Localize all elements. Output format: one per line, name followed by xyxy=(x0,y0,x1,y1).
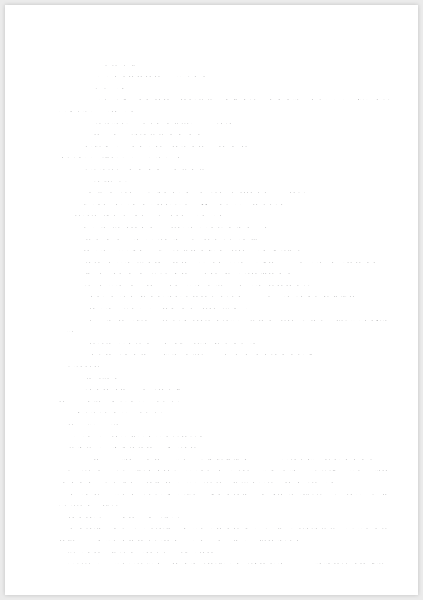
text-line: 13、（任凭）风急浪大，水兵们（都）能安全行驶。 xyxy=(35,332,392,344)
document-text-body: 9、 寂静喧哗 8、 叽叽喳喳扑扑棱棱 羽毛未丰 7、 恋恋不舍 6、 天真可爱… xyxy=(5,5,418,564)
text-line: 漫天卷地：指遍布天地之间。铺天盖地。 xyxy=(35,541,392,553)
text-line: 1、 乌塔（一边） 和我打招呼，（一边）麻利地穿好 T恤衫。 xyxy=(35,182,392,194)
text-line: 6、（如果）不是我们人类，这些海龟根本（就）不会受到伤害。 xyxy=(35,240,392,252)
text-line: 吵吵嚷嚷，声音嘈杂，就像煮开了风平浪静：指没有风浪，比喻平静无事。 xyxy=(35,471,392,483)
text-line: 人山人海：人群如山似海。形容人聚集得非常多。 昂首东望：抬起头来向东望。 xyxy=(35,448,392,460)
text-line: 的样子，后形容事物的广阔壮大，飞奔而来：像飞一样的跑过来。 xyxy=(35,529,392,541)
text-line: 5、 单独胜任一时疏忽十分详细 结结巴巴 xyxy=(35,112,392,124)
text-line: 4、 又快又喜 浩浩荡荡鸣鸣叫叫 xyxy=(35,124,392,136)
text-line: 一、儿时游戏 xyxy=(35,367,392,379)
text-line: 7、 恋恋不舍 xyxy=(35,77,392,89)
text-line: 4、（不要）说对付小虫， （就是）遇上蛇也敢斗一斗。 xyxy=(35,216,392,228)
text-line: 8、 你（只有）把生死置之度外， （才）能喝到甘甜的泉水。 xyxy=(35,263,392,275)
text-line: 越来越近：一次比一次更靠近。 xyxy=(35,506,392,518)
text-line: 6、 天真可爱 生气勃勃 枝折花落 变化多端 丰富多腔 长短不同 粗细各异温柔可… xyxy=(35,89,392,101)
text-line: 14、冰心的两个女儿， （既）有学问， （又）相当有社会责任感。 xyxy=(35,344,392,356)
text-line: 风号浪吼：形容风浪很大。比喻险恶的遭遇或严峻的考验。 隆隆的滚动的感觉。 锅一样… xyxy=(35,553,392,565)
text-line: 3、（任凭）谁怎么呼唤，它（也）不肯回来。 xyxy=(35,205,392,217)
text-line: 11、（如果）再过几天，他们肯定（就）没命了。 xyxy=(35,297,392,309)
text-line: 屏息凝视 无忧无虑 xyxy=(35,100,392,112)
text-line: 2、（因为）中国自动取款机很少，所以出门是一件麻烦事。 xyxy=(35,193,392,205)
text-line: 12、（只要）管理得好，给它适时地浇水施肥，花儿也（就）和儿童一样舒展出新鲜美丽… xyxy=(35,309,392,321)
text-line: 通到彼岸。横贯 xyxy=(35,495,392,507)
text-line: 3、 闲得难忍 凌空飞射 捧腹大笑 拍手叫好 xyxy=(35,135,392,147)
text-line: 5、 侦察兵（一旦）遇到危险，它（便）返回龟巢。 xyxy=(35,228,392,240)
text-line: 7、 约翰（不是）没有钱，他的父母（也不是）不爱他， （而是）为了他的成长。 xyxy=(35,251,392,263)
text-line: 10、小艇（不但）能在极险极窄的地方穿过去， （而且）速度仍然非常快。 xyxy=(35,286,392,298)
text-line: 阅读链接 xyxy=(35,355,392,367)
document-page: 9、 寂静喧哗 8、 叽叽喳喳扑扑棱棱 羽毛未丰 7、 恋恋不舍 6、 天真可爱… xyxy=(5,5,418,595)
text-line: 四年级语文上册四字词语 xyxy=(35,402,392,414)
text-line: 四肢。 xyxy=(35,321,392,333)
text-line: 若隐若现：隐隐约约的，看不清楚。 xyxy=(35,437,392,449)
text-line: 9、 这（不是）白日梦， （也不是）幻觉， （而是）敦煌的奇景。 xyxy=(35,274,392,286)
text-line: 大汗直冒 满场乱飞 乱蹦乱叫 xyxy=(35,147,392,159)
text-line: 二、神奇的动物 丰厚的文化 xyxy=(35,379,392,391)
text-line: 闷雷滚动：雷声不断在大地和云层中间来回反射，形成“轰隆”人声鼎沸：形容人群的声音 xyxy=(35,460,392,472)
text-line: 8、 叽叽喳喳扑扑棱棱 羽毛未丰 xyxy=(35,66,392,78)
text-line: 三、关联词语 xyxy=(35,170,392,182)
text-line: 水天相接：形容水面广阔看不到边，看上去就像一直延伸到天横贯江面：就是从江此岸直 xyxy=(35,483,392,495)
text-line: 第 1 课：观潮 xyxy=(35,413,392,425)
text-line: 天下奇观：就是世界上最奇异的景象。 xyxy=(35,425,392,437)
text-line: 篇二：小学四年级上册四字词语 xyxy=(35,390,392,402)
text-line: 2、 闪闪烁烁 想象丰富 卜落卜落 xyxy=(35,158,392,170)
text-line: 齐头并进：多方面同时前进。多形容几件事情或几项工作同时浩浩荡荡：原形容水势广大 xyxy=(35,518,392,530)
text-line: 9、 寂静喧哗 xyxy=(35,54,392,66)
